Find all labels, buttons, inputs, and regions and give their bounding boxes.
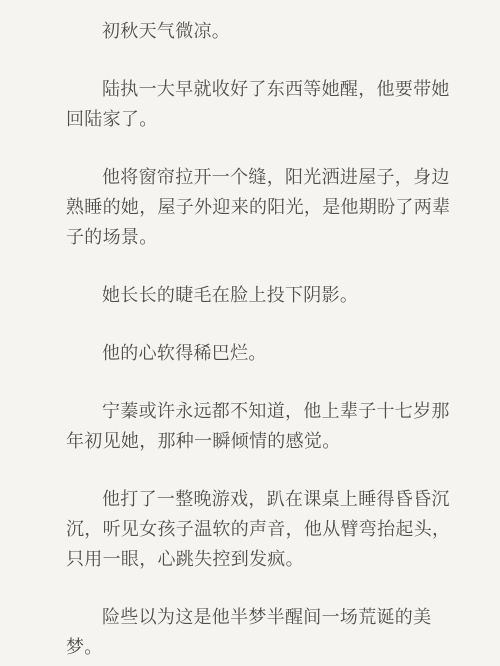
- paragraph-5: 他的心软得稀巴烂。: [66, 338, 446, 368]
- text-line: 他的心软得稀巴烂。: [66, 338, 446, 368]
- paragraph-3: 他将窗帘拉开一个缝，阳光洒进屋子，身边 熟睡的她，屋子外迎来的阳光，是他期盼了两…: [66, 162, 446, 252]
- paragraph-4: 她长长的睫毛在脸上投下阴影。: [66, 280, 446, 310]
- text-line: 她长长的睫毛在脸上投下阴影。: [66, 280, 446, 310]
- text-line: 年初见她，那种一瞬倾情的感觉。: [66, 426, 446, 456]
- text-line: 回陆家了。: [66, 104, 446, 134]
- text-line: 他打了一整晚游戏，趴在课桌上睡得昏昏沉: [66, 484, 446, 514]
- text-line: 熟睡的她，屋子外迎来的阳光，是他期盼了两辈: [66, 192, 446, 222]
- text-line: 沉，听见女孩子温软的声音，他从臂弯抬起头，: [66, 514, 446, 544]
- novel-text-page: 初秋天气微凉。 陆执一大早就收好了东西等她醒，他要带她 回陆家了。 他将窗帘拉开…: [0, 0, 500, 666]
- text-line: 初秋天气微凉。: [66, 16, 446, 46]
- text-line: 宁蓁或许永远都不知道，他上辈子十七岁那: [66, 396, 446, 426]
- text-line: 子的场景。: [66, 222, 446, 252]
- text-line: 陆执一大早就收好了东西等她醒，他要带她: [66, 74, 446, 104]
- paragraph-6: 宁蓁或许永远都不知道，他上辈子十七岁那 年初见她，那种一瞬倾情的感觉。: [66, 396, 446, 456]
- text-line: 他将窗帘拉开一个缝，阳光洒进屋子，身边: [66, 162, 446, 192]
- paragraph-1: 初秋天气微凉。: [66, 16, 446, 46]
- text-line: 只用一眼，心跳失控到发疯。: [66, 544, 446, 574]
- paragraph-8: 险些以为这是他半梦半醒间一场荒诞的美 梦。: [66, 602, 446, 662]
- text-line: 险些以为这是他半梦半醒间一场荒诞的美: [66, 602, 446, 632]
- text-line: 梦。: [66, 632, 446, 662]
- paragraph-7: 他打了一整晚游戏，趴在课桌上睡得昏昏沉 沉，听见女孩子温软的声音，他从臂弯抬起头…: [66, 484, 446, 574]
- paragraph-2: 陆执一大早就收好了东西等她醒，他要带她 回陆家了。: [66, 74, 446, 134]
